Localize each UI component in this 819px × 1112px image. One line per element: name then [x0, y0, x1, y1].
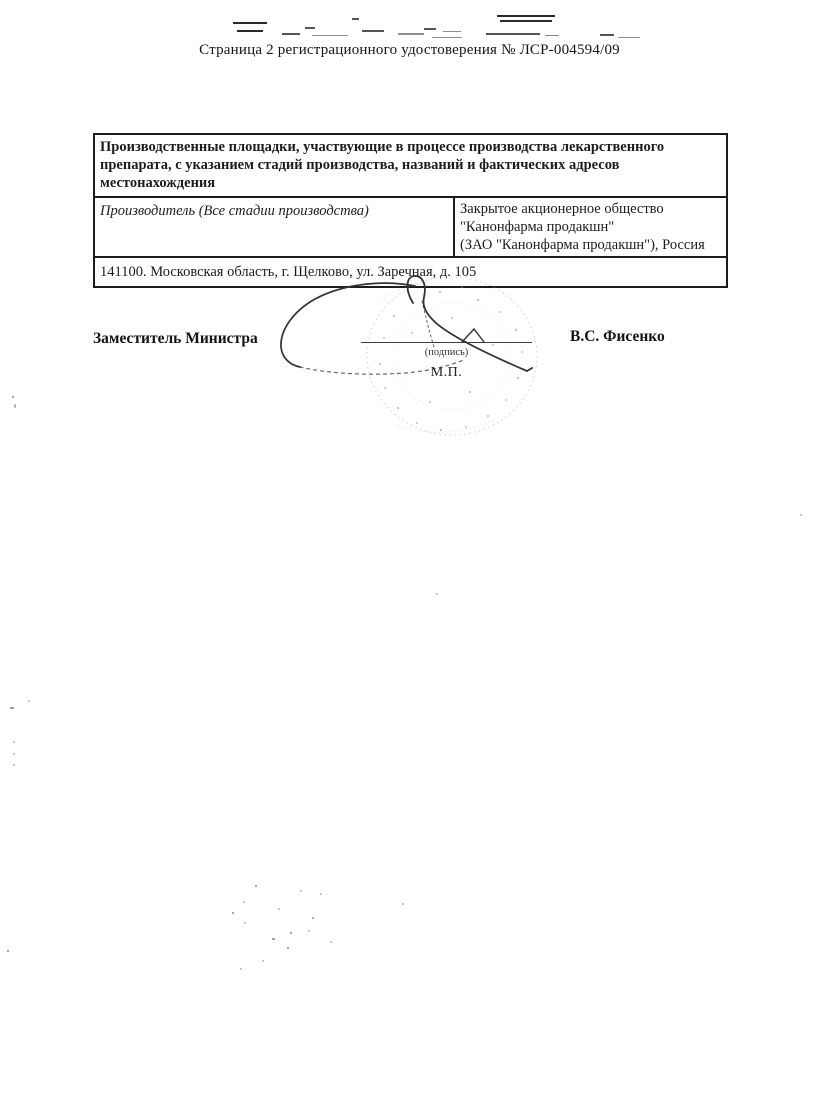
stamp-speckles: [379, 286, 523, 431]
signature-line: [361, 342, 532, 343]
producer-label-cell: Производитель (Все стадии производства): [95, 198, 455, 256]
scanned-document-page: Страница 2 регистрационного удостоверени…: [0, 0, 819, 1112]
stamp-place-abbr: М.П.: [361, 365, 532, 381]
signature-scribble: [281, 276, 532, 374]
official-title: Заместитель Министра: [93, 330, 258, 348]
signature-caption: (подпись): [361, 347, 532, 358]
page-title: Страница 2 регистрационного удостоверени…: [0, 42, 819, 59]
official-name: В.С. Фисенко: [570, 328, 665, 346]
producer-value-line: Закрытое акционерное общество: [460, 200, 722, 218]
producer-value-line: "Канонфарма продакшн": [460, 218, 722, 236]
table-row-producer: Производитель (Все стадии производства) …: [95, 198, 726, 258]
producer-value-cell: Закрытое акционерное общество "Канонфарм…: [455, 198, 726, 256]
producer-address-cell: 141100. Московская область, г. Щелково, …: [95, 258, 726, 286]
production-sites-table: Производственные площадки, участвующие в…: [93, 133, 728, 288]
producer-value-line: (ЗАО "Канонфарма продакшн"), Россия: [460, 236, 722, 254]
table-header: Производственные площадки, участвующие в…: [95, 135, 726, 198]
